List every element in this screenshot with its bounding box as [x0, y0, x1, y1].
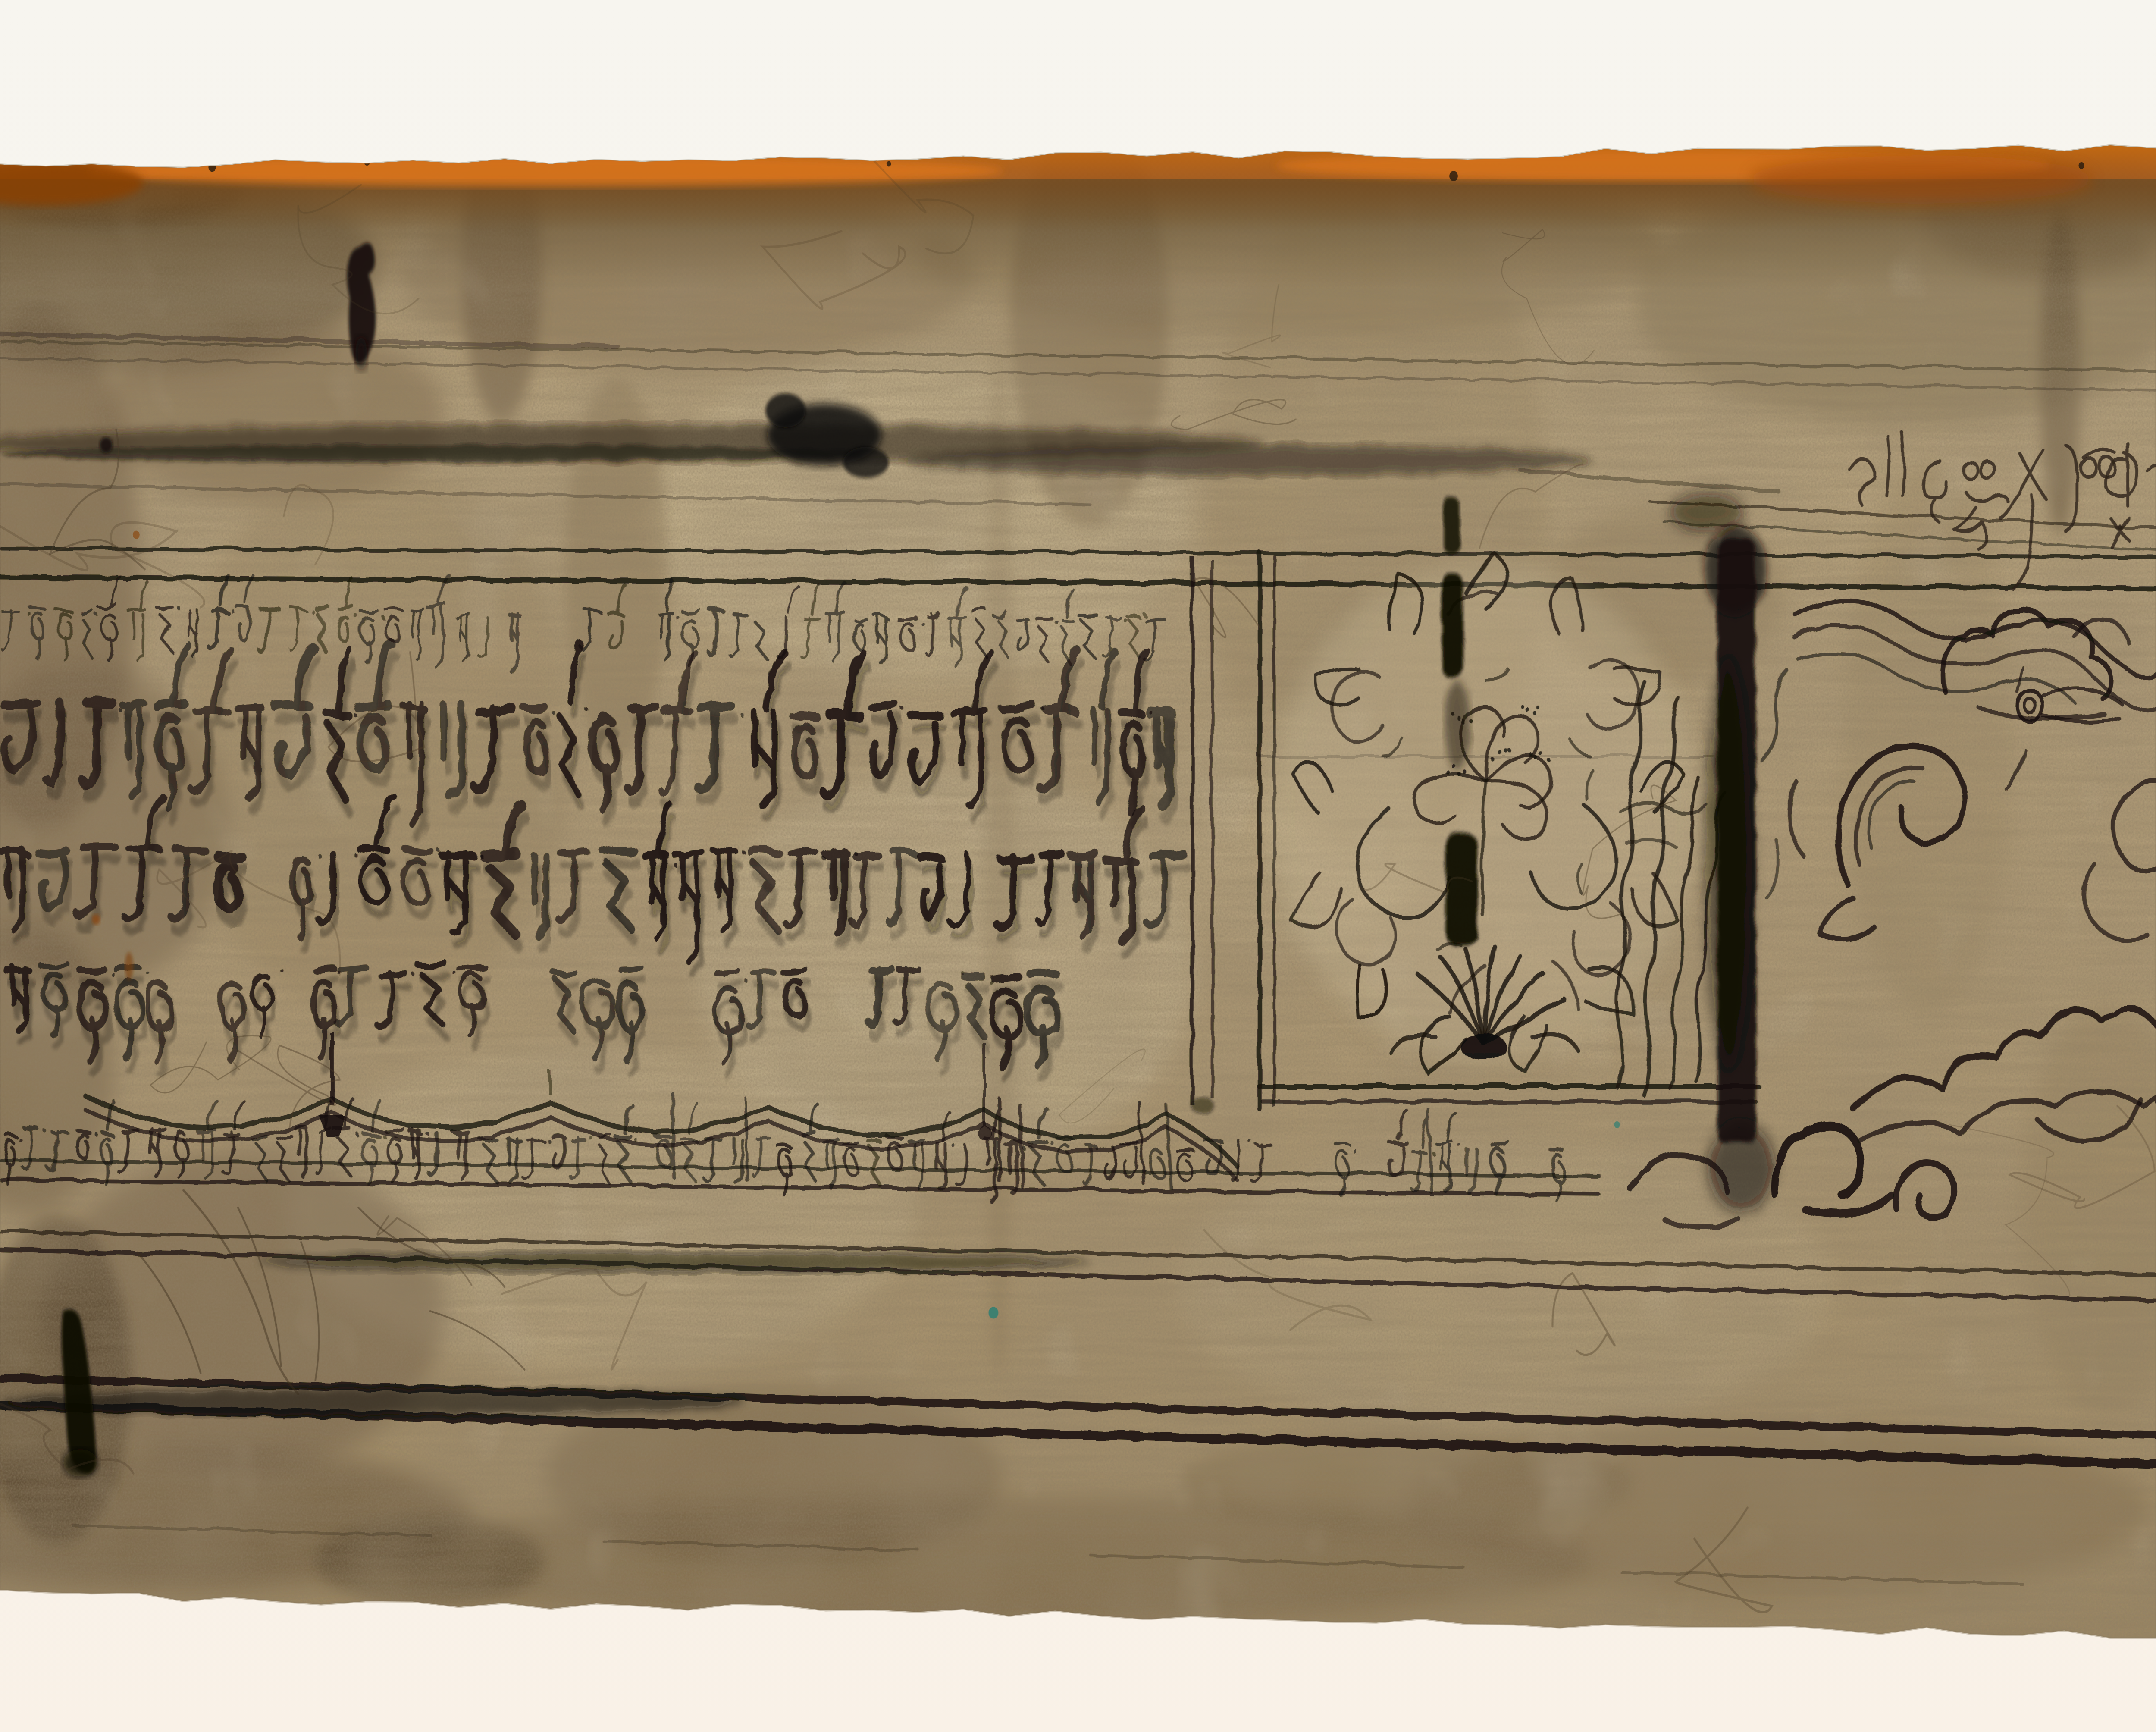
burnt-top-edge	[0, 145, 2156, 290]
manuscript-photograph	[0, 0, 2156, 1732]
manuscript-scene	[0, 0, 2156, 1732]
paper-sheet	[0, 112, 2156, 1653]
